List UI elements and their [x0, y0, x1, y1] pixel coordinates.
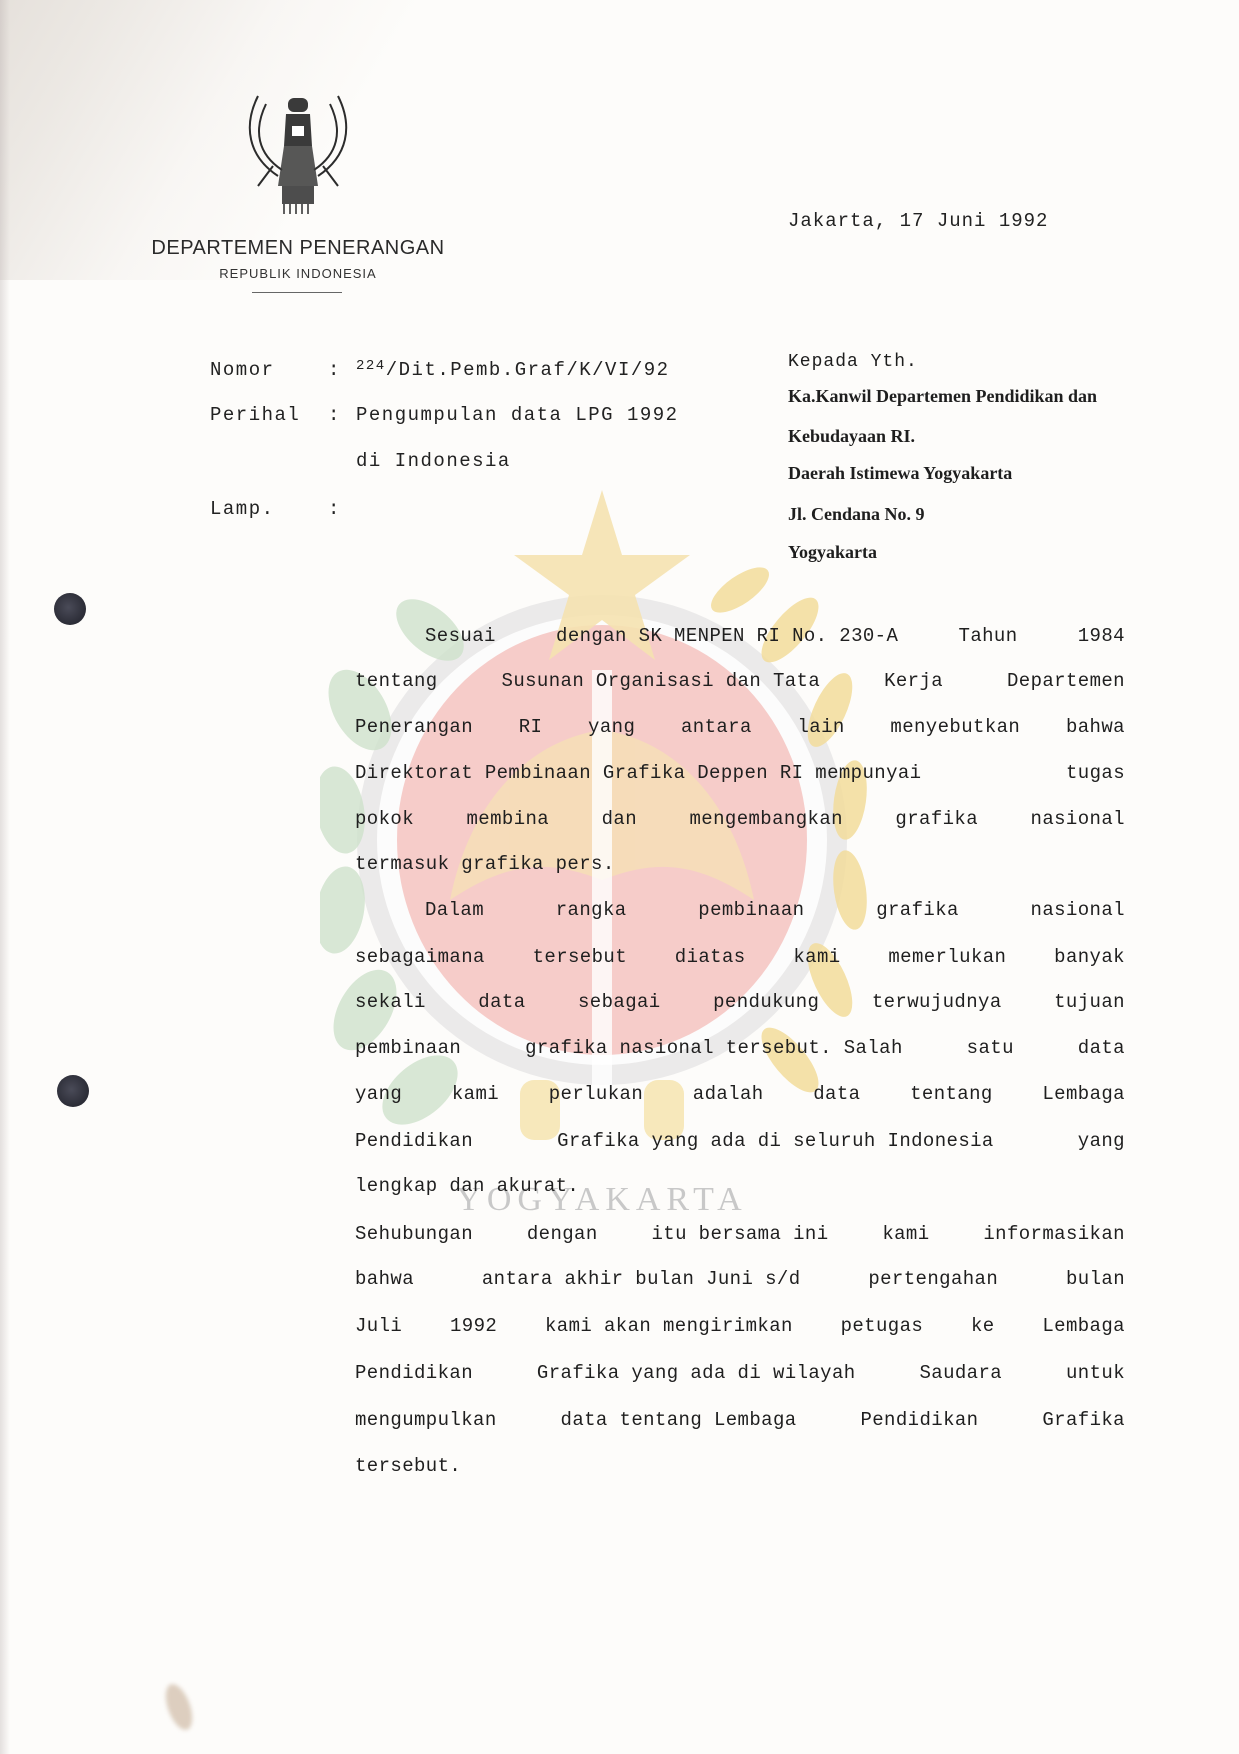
body-line: PendidikanGrafika yang ada di wilayahSau…	[355, 1362, 1125, 1384]
body-line: mengumpulkandata tentang LembagaPendidik…	[355, 1409, 1125, 1431]
nomor-row: Nomor:224/Dit.Pemb.Graf/K/VI/92	[210, 358, 670, 381]
body-line: yangkamiperlukanadalahdatatentangLembaga	[355, 1083, 1125, 1105]
body-text: nasional	[1031, 808, 1125, 830]
body-text: antara	[681, 716, 752, 738]
body-text: bulan	[1066, 1268, 1125, 1290]
body-line: pokokmembinadanmengembangkangrafikanasio…	[355, 808, 1125, 830]
body-text: mengumpulkan	[355, 1409, 497, 1431]
body-text: yang	[588, 716, 635, 738]
body-text: informasikan	[983, 1223, 1125, 1245]
body-text: bahwa	[355, 1268, 414, 1290]
body-text: bahwa	[1066, 716, 1125, 738]
body-line: pembinaangrafika nasional tersebut. Sala…	[355, 1037, 1125, 1059]
nomor-label: Nomor	[210, 359, 328, 381]
body-text: Susunan Organisasi dan Tata	[502, 670, 821, 692]
body-text: termasuk grafika pers.	[355, 853, 615, 875]
body-text: perlukan	[549, 1083, 643, 1105]
body-line: tersebut.	[355, 1455, 1125, 1477]
body-text: tentang	[355, 670, 438, 692]
body-line: PendidikanGrafika yang ada di seluruh In…	[355, 1130, 1125, 1152]
body-text: lain	[797, 716, 844, 738]
body-text: dengan	[527, 1223, 598, 1245]
body-text: Dalam	[425, 899, 484, 921]
body-text: yang	[1078, 1130, 1125, 1152]
body-text: banyak	[1054, 946, 1125, 968]
body-text: mengembangkan	[690, 808, 843, 830]
body-text: data	[1078, 1037, 1125, 1059]
body-text: Departemen	[1007, 670, 1125, 692]
body-text: grafika	[895, 808, 978, 830]
body-text: adalah	[693, 1083, 764, 1105]
body-text: dan	[602, 808, 637, 830]
body-text: sebagaimana	[355, 946, 485, 968]
perihal-value: Pengumpulan data LPG 1992	[356, 404, 679, 426]
body-text: Direktorat Pembinaan Grafika Deppen RI m…	[355, 762, 922, 784]
body-text: nasional	[1031, 899, 1125, 921]
body-text: pokok	[355, 808, 414, 830]
nomor-value: /Dit.Pemb.Graf/K/VI/92	[386, 359, 670, 381]
body-line: Sehubungandenganitu bersama inikamiinfor…	[355, 1223, 1125, 1245]
body-text: Grafika yang ada di wilayah	[537, 1362, 856, 1384]
body-line: Direktorat Pembinaan Grafika Deppen RI m…	[355, 762, 1125, 784]
body-text: sekali	[355, 991, 426, 1013]
body-text: Pendidikan	[860, 1409, 978, 1431]
perihal-value-continued: di Indonesia	[356, 450, 511, 472]
body-text: 1992	[450, 1315, 497, 1337]
body-text: ke	[971, 1315, 995, 1337]
body-text: Penerangan	[355, 716, 473, 738]
body-text: rangka	[556, 899, 627, 921]
recipient-line: Ka.Kanwil Departemen Pendidikan dan	[788, 386, 1097, 407]
body-text: petugas	[841, 1315, 924, 1337]
body-text: pendukung	[713, 991, 819, 1013]
recipient-salutation: Kepada Yth.	[788, 352, 918, 372]
body-text: Tahun	[959, 625, 1018, 647]
body-line: PeneranganRIyangantaralainmenyebutkanbah…	[355, 716, 1125, 738]
body-text: grafika nasional tersebut. Salah	[525, 1037, 903, 1059]
garuda-emblem-icon	[238, 86, 358, 216]
body-text: Lembaga	[1042, 1315, 1125, 1337]
body-text: 1984	[1078, 625, 1125, 647]
lamp-label: Lamp.	[210, 498, 328, 520]
body-text: antara akhir bulan Juni s/d	[482, 1268, 801, 1290]
body-text: sebagai	[578, 991, 661, 1013]
recipient-line: Daerah Istimewa Yogyakarta	[788, 463, 1012, 484]
punch-hole	[54, 593, 86, 625]
body-text: tersebut	[533, 946, 627, 968]
perihal-row-continued: di Indonesia	[356, 450, 511, 472]
body-text: tujuan	[1054, 991, 1125, 1013]
body-text: tentang	[910, 1083, 993, 1105]
body-text: dengan SK MENPEN RI No. 230-A	[556, 625, 898, 647]
body-text: yang	[355, 1083, 402, 1105]
letter-date: Jakarta, 17 Juni 1992	[788, 210, 1048, 232]
body-text: tersebut.	[355, 1455, 461, 1477]
body-text: tugas	[1066, 762, 1125, 784]
body-text: Grafika yang ada di seluruh Indonesia	[557, 1130, 994, 1152]
lamp-row: Lamp.:	[210, 498, 356, 520]
body-line: Juli1992kami akan mengirimkanpetugaskeLe…	[355, 1315, 1125, 1337]
body-text: Pendidikan	[355, 1362, 473, 1384]
body-text: kami akan mengirimkan	[545, 1315, 793, 1337]
body-text: terwujudnya	[872, 991, 1002, 1013]
paper-stain	[160, 1681, 197, 1734]
body-line: Sesuaidengan SK MENPEN RI No. 230-ATahun…	[425, 625, 1125, 647]
colon: :	[328, 498, 356, 520]
department-name: DEPARTEMEN PENERANGAN	[148, 237, 448, 260]
body-text: Grafika	[1042, 1409, 1125, 1431]
punch-hole	[57, 1075, 89, 1107]
body-text: satu	[967, 1037, 1014, 1059]
body-text: lengkap dan akurat.	[355, 1175, 579, 1197]
perihal-label: Perihal	[210, 404, 328, 426]
body-text: kami	[452, 1083, 499, 1105]
body-text: Juli	[355, 1315, 402, 1337]
body-text: menyebutkan	[890, 716, 1020, 738]
body-text: RI	[519, 716, 543, 738]
body-text: grafika	[876, 899, 959, 921]
department-subtitle: REPUBLIK INDONESIA	[148, 266, 448, 281]
body-text: diatas	[675, 946, 746, 968]
body-text: Sesuai	[425, 625, 496, 647]
body-text: Sehubungan	[355, 1223, 473, 1245]
body-line: lengkap dan akurat.	[355, 1175, 1125, 1197]
letterhead-divider	[252, 292, 342, 293]
body-text: data	[478, 991, 525, 1013]
body-text: kami	[882, 1223, 929, 1245]
body-line: sebagaimanatersebutdiataskamimemerlukanb…	[355, 946, 1125, 968]
body-text: untuk	[1066, 1362, 1125, 1384]
colon: :	[328, 404, 356, 426]
body-text: membina	[467, 808, 550, 830]
body-text: Pendidikan	[355, 1130, 473, 1152]
body-line: bahwaantara akhir bulan Juni s/dpertenga…	[355, 1268, 1125, 1290]
body-line: Dalamrangkapembinaangrafikanasional	[425, 899, 1125, 921]
body-line: tentangSusunan Organisasi dan TataKerjaD…	[355, 670, 1125, 692]
page-edge-shadow	[0, 0, 10, 1754]
body-text: itu bersama ini	[651, 1223, 828, 1245]
body-text: Saudara	[919, 1362, 1002, 1384]
recipient-line: Jl. Cendana No. 9	[788, 504, 925, 525]
perihal-row: Perihal:Pengumpulan data LPG 1992	[210, 404, 679, 426]
body-text: data tentang Lembaga	[561, 1409, 797, 1431]
body-text: pertengahan	[868, 1268, 998, 1290]
body-text: Kerja	[884, 670, 943, 692]
body-text: data	[813, 1083, 860, 1105]
body-text: Lembaga	[1042, 1083, 1125, 1105]
nomor-number: 224	[356, 358, 386, 374]
body-line: sekalidatasebagaipendukungterwujudnyatuj…	[355, 991, 1125, 1013]
recipient-line: Kebudayaan RI.	[788, 426, 915, 447]
body-text: kami	[793, 946, 840, 968]
body-text: pembinaan	[355, 1037, 461, 1059]
colon: :	[328, 359, 356, 381]
recipient-line: Yogyakarta	[788, 542, 877, 563]
body-text: memerlukan	[888, 946, 1006, 968]
body-line: termasuk grafika pers.	[355, 853, 1125, 875]
body-text: pembinaan	[698, 899, 804, 921]
